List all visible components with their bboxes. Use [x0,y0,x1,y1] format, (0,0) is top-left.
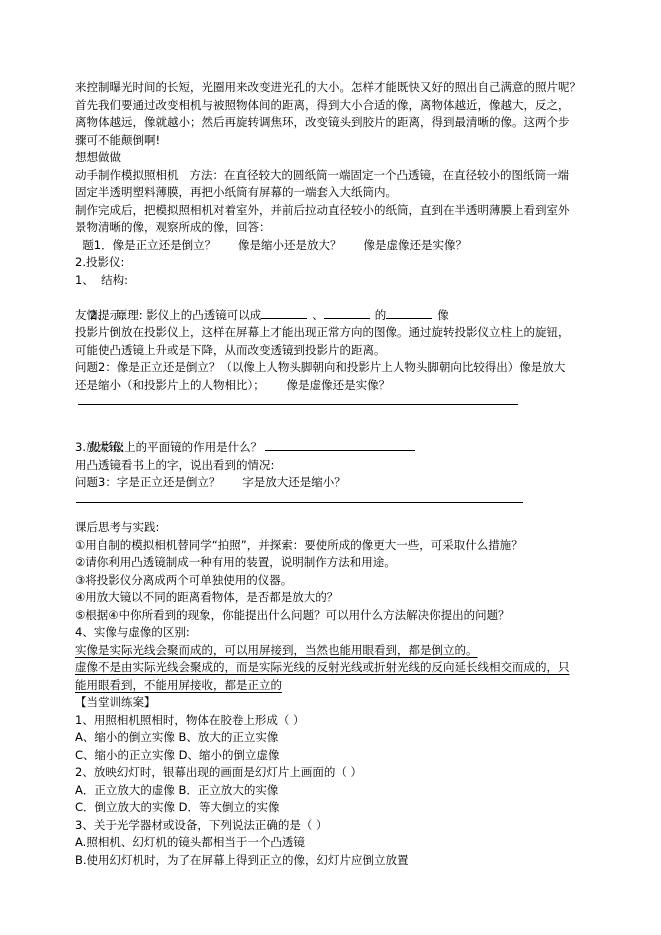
quiz-options: A．正立放大的虚像 B．正立放大的实像 [75,782,590,800]
answer-rule [76,502,523,503]
principle-text: 的 [375,308,387,322]
principle-text: 像 [437,308,449,322]
text-line: 制作完成后，把模拟照相机对着室外，并前后拉动直径较小的纸筒，直到在半透明薄膜上看… [75,202,590,220]
quiz-options: C、缩小的正立实像 D、缩小的倒立虚像 [75,747,590,765]
text-line: 动手制作模拟照相机 方法：在直径较大的圆纸筒一端固定一个凸透镜，在直径较小的图纸… [75,167,590,185]
numbered-item: ①用自制的模拟相机替同学“拍照”，并探索：要使所成的像更大一些，可采取什么措施？ [75,537,590,555]
numbered-item: ④用放大镜以不同的距离看物体，是否都是放大的？ [75,589,590,607]
question-line: 还是缩小（和投影片上的人物相比）； 像是虚像还是实像？ [75,377,590,395]
principle-text: 、 [312,308,324,322]
text-line: 固定半透明塑料薄膜，再把小纸筒有屏幕的一端套入大纸筒内。 [75,184,590,202]
question-with-blank: 投影仪上的平面镜的作用是什么？ [75,422,590,440]
text-line: 用凸透镜看书上的字，说出看到的情况: [75,457,590,475]
section-heading-projector: 2.投影仪: [75,254,590,272]
section-heading-homework: 课后思考与实践: [75,519,590,537]
list-item-structure: 1、 结构: [75,272,590,290]
quiz-options: B.使用幻灯机时，为了在屏幕上得到正立的像，幻灯片应倒立放置 [75,852,590,870]
answer-rule [78,404,518,405]
document-page: 来控制曝光时间的长短，光圈用来改变进光孔的大小。怎样才能既快又好的照出自己满意的… [75,79,590,869]
quiz-question: 1、用照相机照相时，物体在胶卷上形成（ ） [75,712,590,730]
question-line: 题1．像是正立还是倒立？ 像是缩小还是放大？ 像是虚像还是实像？ [75,237,590,255]
underlined-answer-line: 实像是实际光线会聚而成的，可以用屏接到，当然也能用眼看到，都是倒立的。 [75,642,590,660]
quiz-options: A、缩小的倒立实像 B、放大的正立实像 [75,729,590,747]
underlined-answer-line: 虚像不是由实际光线会聚成的，而是实际光线的反射光线或折射光线的反向延长线相交而成… [75,659,590,677]
numbered-item: ⑤根据④中你所看到的现象，你能提出什么问题？可以用什么方法解决你提出的问题？ [75,607,590,625]
question-line: 问题3：字是正立还是倒立？ 字是放大还是缩小？ [75,474,590,492]
question-line: 问题2：像是正立还是倒立？（以像上人物头脚朝向和投影片上人物头脚朝向比较得出）像… [75,359,590,377]
section-heading-practice: 【当堂训练案】 [75,694,590,712]
underlined-answer-line: 能用眼看到，不能用屏接收，都是正立的 [75,677,590,695]
numbered-item: ③将投影仪分离成两个可单独使用的仪器。 [75,572,590,590]
text-line: 可能使凸透镜上升或是下降，从而改变透镜到投影片的距离。 [75,342,590,360]
section-heading-think-and-do: 想想做做 [75,149,590,167]
section-heading-real-vs-virtual: 4、实像与虚像的区别: [75,624,590,642]
fill-in-blank [386,308,432,319]
numbered-item: ②请你利用凸透镜制成一种有用的装置，说明制作方法和用途。 [75,554,590,572]
text-line: 景物清晰的像，观察所成的像，回答： [75,219,590,237]
fill-in-blank [265,440,415,451]
answer-rule-line [75,502,590,520]
quiz-options: A.照相机、幻灯机的镜头都相当于一个凸透镜 [75,834,590,852]
text-line: 首先我们要通过改变相机与被照物体间的距离，得到大小合适的像，离物体越近，像越大，… [75,97,590,115]
quiz-question: 2、放映幻灯时，银幕出现的画面是幻灯片上画面的（ ） [75,764,590,782]
quiz-options: C．倒立放大的实像 D．等大倒立的实像 [75,799,590,817]
list-item-principle: 2、 原理: 影仪上的凸透镜可以成、的像 [75,289,590,307]
text-line: 骤可不能颠倒啊! [75,132,590,150]
answer-rule-line [75,404,590,422]
quiz-question: 3、关于光学器材或设备，下列说法正确的是（ ） [75,817,590,835]
fill-in-blank [261,308,307,319]
text-line: 来控制曝光时间的长短，光圈用来改变进光孔的大小。怎样才能既快又好的照出自己满意的… [75,79,590,97]
text-line: 离物体越远，像就越小；然后再旋转调焦环，改变镜头到胶片的距离，得到最清晰的像。这… [75,114,590,132]
fill-in-blank [324,308,370,319]
text-line: 投影片倒放在投影仪上，这样在屏幕上才能出现正常方向的图像。通过旋转投影仪立柱上的… [75,324,590,342]
